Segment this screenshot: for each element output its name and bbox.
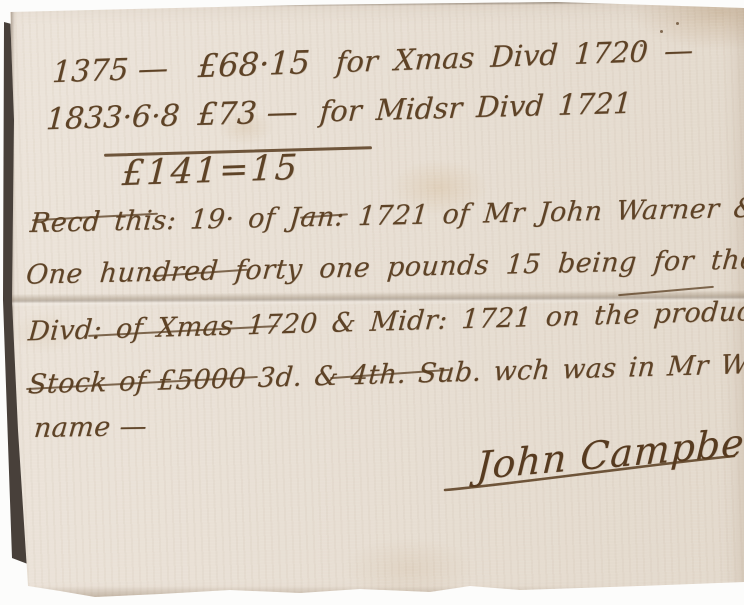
receipt-body-line: name — <box>33 413 148 442</box>
ledger-row: 1833·6·8 £73 — for Midsr Divd 1721 <box>45 88 633 135</box>
ledger-description: for Xmas Divd 1720 — <box>335 36 694 78</box>
ink-speck <box>640 44 643 47</box>
scanned-document: 1375 — £68·15 for Xmas Divd 1720 — 1833·… <box>0 0 744 605</box>
manuscript-paper: 1375 — £68·15 for Xmas Divd 1720 — 1833·… <box>0 0 744 605</box>
receipt-body-line: One hundred forty one pounds 15 being fo… <box>25 246 744 288</box>
ledger-stock-number: 1375 — <box>51 54 168 88</box>
ledger-description: for Midsr Divd 1721 <box>319 89 633 127</box>
paper-bottom-edge-shadow <box>0 586 744 600</box>
ledger-amount: £68·15 <box>197 46 311 82</box>
ledger-amount: £73 — <box>197 97 299 131</box>
paper-top-edge-shadow <box>0 0 744 8</box>
signature-underline-flourish <box>442 452 738 494</box>
ledger-total: £141=15 <box>121 151 300 192</box>
ledger-stock-number: 1833·6·8 <box>45 101 180 135</box>
ink-speck <box>676 22 679 25</box>
ink-speck <box>660 30 663 33</box>
ledger-row: 1375 — £68·15 for Xmas Divd 1720 — <box>51 33 694 88</box>
